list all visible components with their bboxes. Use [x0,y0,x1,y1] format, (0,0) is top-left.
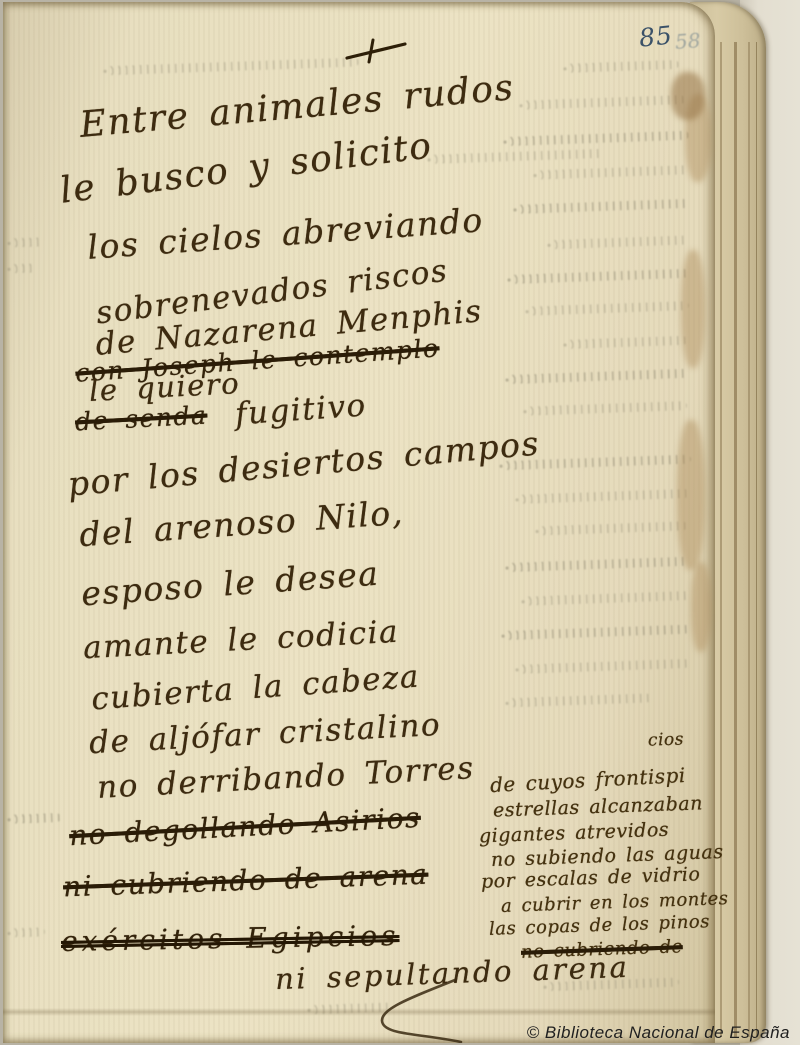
bleedthrough-mark [515,95,685,110]
stain [681,250,705,368]
manuscript-photo: 85 58 Entre animales rudos le busco y so… [0,0,800,1045]
bleedthrough-mark [499,131,689,147]
manuscript-line: del arenoso Nilo, [78,493,405,555]
bleedthrough-mark [501,369,689,385]
bleedthrough-mark [3,927,45,937]
manuscript-line: fugitivo [234,387,368,432]
manuscript-line-struck: exércitos Egipcios [61,919,400,958]
bleedthrough-mark [511,489,689,504]
bleedthrough-mark [99,57,359,75]
manuscript-line: amante le codicia [82,614,400,666]
manuscript-line: le quiero [88,366,241,408]
manuscript-margin-line: estrellas alcanzaban [493,792,704,821]
bleedthrough-mark [3,237,43,247]
bleedthrough-mark [521,301,689,316]
manuscript-line: esposo le desea [80,554,381,614]
bleedthrough-mark [501,693,651,707]
bleedthrough-mark [559,60,679,73]
manuscript-line: Entre animales rudos [78,67,516,146]
manuscript-line: por los desiertos campos [66,423,541,503]
manuscript-line: cubierta la cabeza [90,659,421,718]
bleedthrough-mark [509,199,689,214]
manuscript-margin-line: de cuyos frontispi [490,763,687,797]
manuscript-line-struck: de senda [74,401,208,437]
manuscript-page: 85 58 Entre animales rudos le busco y so… [3,2,715,1043]
manuscript-line: de aljófar cristalino [88,707,442,761]
bleedthrough-mark [559,336,687,349]
bleedthrough-mark [543,235,688,249]
folio-number: 85 [638,20,675,52]
page-fold-shadow [3,1008,715,1016]
bleedthrough-mark [497,625,689,641]
bleedthrough-mark [529,165,689,180]
manuscript-margin-word: cios [648,729,685,750]
manuscript-line: no derribando Torres [96,750,475,806]
stain [671,72,705,120]
cross-mark [343,32,413,66]
stain [691,562,711,652]
page-edge-line [756,42,757,1037]
page-edge-line [734,42,737,1037]
copyright-credit: © Biblioteca Nacional de España [527,1023,790,1043]
bleedthrough-mark [517,591,689,606]
bleedthrough-mark [511,659,689,674]
bleedthrough-mark [501,557,689,573]
page-edge-line [748,42,750,1037]
bleedthrough-mark [519,401,687,416]
bleedthrough-mark [3,263,35,273]
manuscript-line-struck: ni cubriendo de arena [63,858,429,904]
manuscript-line-struck: no degollando Asirios [68,801,421,852]
bleedthrough-mark [3,813,61,824]
bleedthrough-mark [423,149,603,164]
bleedthrough-mark [503,269,688,284]
folio-number-ghost: 58 [674,28,701,54]
stain [677,420,705,570]
bleedthrough-mark [531,521,687,535]
